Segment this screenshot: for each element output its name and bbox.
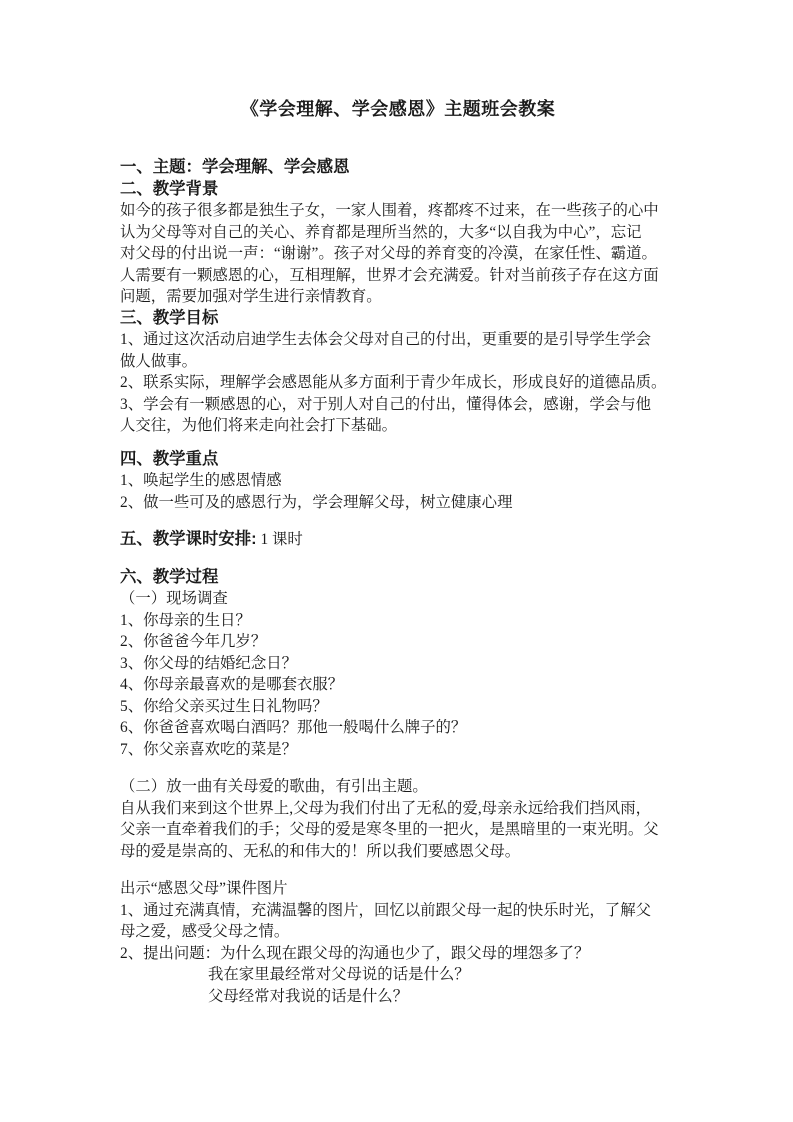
- keypoint-line: 2、做一些可及的感恩行为，学会理解父母，树立健康心理: [120, 492, 676, 514]
- background-line: 问题，需要加强对学生进行亲情教育。: [120, 286, 676, 308]
- heading-teaching-goals: 三、教学目标: [120, 308, 676, 330]
- background-line: 对父母的付出说一声：“谢谢”。孩子对父母的养育变的冷漠，在家任性、霸道。: [120, 243, 676, 265]
- song-line: 父亲一直牵着我们的手；父母的爱是寒冬里的一把火，是黑暗里的一束光明。父: [120, 819, 676, 841]
- keypoint-line: 1、唤起学生的感恩情感: [120, 470, 676, 492]
- goal-line: 人交往，为他们将来走向社会打下基础。: [120, 415, 676, 437]
- survey-question: 1、你母亲的生日？: [120, 610, 676, 632]
- document-content: 《学会理解、学会感恩》主题班会教案 一、主题：学会理解、学会感恩 二、教学背景 …: [120, 96, 676, 1007]
- survey-question: 4、你母亲最喜欢的是哪套衣服？: [120, 674, 676, 696]
- goal-line: 1、通过这次活动启迪学生去体会父母对自己的付出，更重要的是引导学生学会: [120, 329, 676, 351]
- subheading-survey: （一）现场调查: [120, 588, 676, 610]
- blank-line: [120, 551, 676, 567]
- heading-teaching-keypoints: 四、教学重点: [120, 449, 676, 471]
- blank-line: [120, 862, 676, 878]
- sub-question-line: 我在家里最经常对父母说的话是什么？: [120, 964, 676, 986]
- courseware-intro: 出示“感恩父母”课件图片: [120, 878, 676, 900]
- background-line: 人需要有一颗感恩的心，互相理解，世界才会充满爱。针对当前孩子存在这方面: [120, 265, 676, 287]
- goal-line: 2、联系实际，理解学会感恩能从多方面利于青少年成长，形成良好的道德品质。: [120, 372, 676, 394]
- courseware-line: 母之爱，感受父母之情。: [120, 921, 676, 943]
- goal-line: 做人做事。: [120, 351, 676, 373]
- subheading-song: （二）放一曲有关母爱的歌曲，有引出主题。: [120, 776, 676, 798]
- courseware-line: 1、通过充满真情，充满温馨的图片，回忆以前跟父母一起的快乐时光，了解父: [120, 900, 676, 922]
- blank-line: [120, 513, 676, 529]
- course-duration-value: 1 课时: [257, 531, 303, 548]
- sub-question-line: 父母经常对我说的话是什么？: [120, 986, 676, 1008]
- goal-line: 3、学会有一颗感恩的心，对于别人对自己的付出，懂得体会，感谢，学会与他: [120, 394, 676, 416]
- document-page: 《学会理解、学会感恩》主题班会教案 一、主题：学会理解、学会感恩 二、教学背景 …: [0, 0, 793, 1122]
- survey-question: 3、你父母的结婚纪念日？: [120, 653, 676, 675]
- song-line: 自从我们来到这个世界上,父母为我们付出了无私的爱,母亲永远给我们挡风雨，: [120, 798, 676, 820]
- heading-teaching-process: 六、教学过程: [120, 567, 676, 589]
- heading-teaching-background: 二、教学背景: [120, 179, 676, 201]
- blank-line: [120, 437, 676, 449]
- survey-question: 2、你爸爸今年几岁？: [120, 631, 676, 653]
- survey-question: 6、你爸爸喜欢喝白酒吗？那他一般喝什么牌子的？: [120, 717, 676, 739]
- survey-question: 5、你给父亲买过生日礼物吗？: [120, 696, 676, 718]
- heading-topic: 一、主题：学会理解、学会感恩: [120, 157, 676, 179]
- blank-line: [120, 760, 676, 776]
- raise-question-line: 2、提出问题：为什么现在跟父母的沟通也少了，跟父母的埋怨多了？: [120, 943, 676, 965]
- background-line: 如今的孩子很多都是独生子女，一家人围着，疼都疼不过来，在一些孩子的心中: [120, 200, 676, 222]
- course-duration-line: 五、教学课时安排: 1 课时: [120, 529, 676, 551]
- song-line: 母的爱是崇高的、无私的和伟大的！所以我们要感恩父母。: [120, 841, 676, 863]
- heading-course-duration: 五、教学课时安排:: [120, 530, 257, 548]
- document-title: 《学会理解、学会感恩》主题班会教案: [120, 96, 676, 122]
- background-line: 认为父母等对自己的关心、养育都是理所当然的，大多“以自我为中心”，忘记: [120, 222, 676, 244]
- survey-question: 7、你父亲喜欢吃的菜是？: [120, 739, 676, 761]
